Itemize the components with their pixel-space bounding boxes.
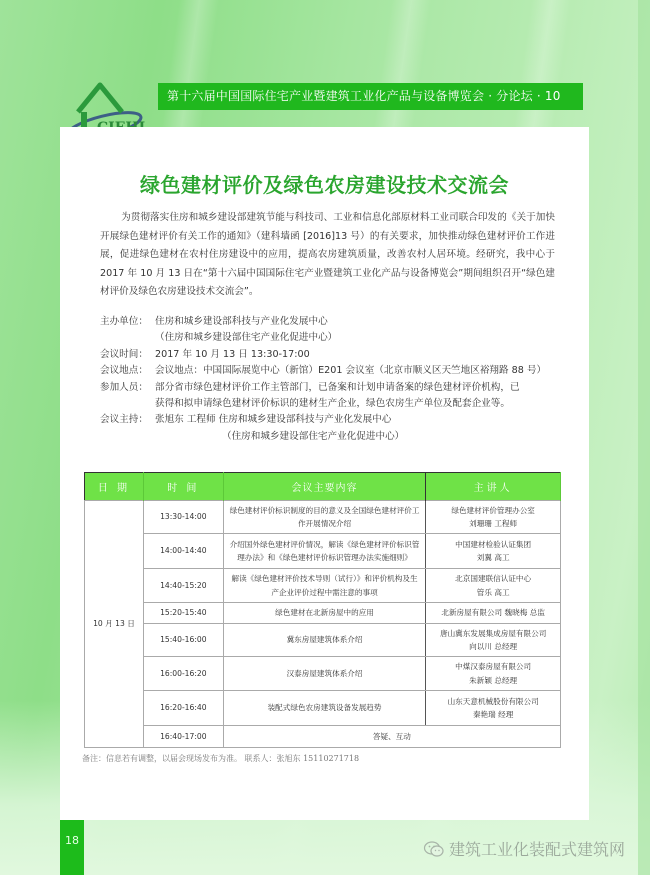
organizer-row: 主办单位： 住房和城乡建设部科技与产业化发展中心 [100, 314, 560, 330]
table-row: 15:20-15:40 绿色建材在北新房屋中的应用 北新房屋有限公司 魏晓梅 总… [85, 603, 561, 624]
table-row: 16:00-16:20 汉泰房屋建筑体系介绍 中煤汉泰房屋有限公司朱新颖 总经理 [85, 657, 561, 691]
date-cell: 10 月 13 日 [85, 501, 144, 748]
document-title: 绿色建材评价及绿色农房建设技术交流会 [60, 169, 589, 198]
page-edge [638, 0, 650, 875]
speaker-cell: 绿色建材评价管理办公室刘珊珊 工程师 [426, 501, 561, 534]
time-cell: 13:30-14:00 [143, 501, 223, 534]
page-number: 18 [60, 820, 84, 875]
conference-banner: 第十六届中国国际住宅产业暨建筑工业化产品与设备博览会 · 分论坛 · 10 [158, 83, 583, 110]
host-row: 会议主持： 张旭东 工程师 住房和城乡建设部科技与产业化发展中心 [100, 412, 560, 428]
column-header-time: 时 间 [143, 473, 223, 501]
host-alt-row: （住房和城乡建设部住宅产业化促进中心） [100, 429, 560, 445]
table-row: 15:40-16:00 冀东房屋建筑体系介绍 唐山冀东发展集成房屋有限公司向以川… [85, 624, 561, 657]
attendees-row: 参加人员： 部分省市绿色建材评价工作主管部门，已备案和计划申请备案的绿色建材评价… [100, 380, 560, 396]
content-cell: 解读《绿色建材评价技术导则（试行）》和评价机构及生产企业评价过程中需注意的事项 [223, 569, 426, 603]
intro-paragraph: 为贯彻落实住房和城乡建设部建筑节能与科技司、工业和信息化部原材料工业司联合印发的… [100, 209, 555, 302]
content-cell: 答疑、互动 [223, 726, 560, 748]
speaker-cell: 中煤汉泰房屋有限公司朱新颖 总经理 [426, 657, 561, 691]
schedule-table: 日 期 时 间 会议主要内容 主讲人 10 月 13 日 13:30-14:00… [84, 472, 561, 748]
content-cell: 绿色建材在北新房屋中的应用 [223, 603, 426, 624]
speaker-cell: 中国建材检验认证集团刘翼 高工 [426, 534, 561, 569]
meeting-info: 主办单位： 住房和城乡建设部科技与产业化发展中心 （住房和城乡建设部住宅产业化促… [100, 314, 560, 445]
time-cell: 16:00-16:20 [143, 657, 223, 691]
table-row: 16:20-16:40 装配式绿色农房建筑设备发展趋势 山东天意机械股份有限公司… [85, 691, 561, 726]
time-cell: 15:20-15:40 [143, 603, 223, 624]
time-cell: 14:00-14:40 [143, 534, 223, 569]
table-row: 14:00-14:40 介绍国外绿色建材评价情况，解读《绿色建材评价标识管理办法… [85, 534, 561, 569]
content-cell: 绿色建材评价标识制度的目的意义及全国绿色建材评价工作开展情况介绍 [223, 501, 426, 534]
time-cell: 16:20-16:40 [143, 691, 223, 726]
speaker-cell: 北京国建联信认证中心管乐 高工 [426, 569, 561, 603]
content-cell: 介绍国外绿色建材评价情况，解读《绿色建材评价标识管理办法》和《绿色建材评价标识管… [223, 534, 426, 569]
column-header-speaker: 主讲人 [426, 473, 561, 501]
content-cell: 汉泰房屋建筑体系介绍 [223, 657, 426, 691]
speaker-cell: 唐山冀东发展集成房屋有限公司向以川 总经理 [426, 624, 561, 657]
column-header-content: 会议主要内容 [223, 473, 426, 501]
speaker-cell: 北新房屋有限公司 魏晓梅 总监 [426, 603, 561, 624]
attendees-row-2: 获得和拟申请绿色建材评价标识的建材生产企业，绿色农房生产单位及配套企业等。 [100, 396, 560, 412]
organizer-alt-row: （住房和城乡建设部住宅产业化促进中心） [100, 330, 560, 346]
content-cell: 冀东房屋建筑体系介绍 [223, 624, 426, 657]
table-row: 14:40-15:20 解读《绿色建材评价技术导则（试行）》和评价机构及生产企业… [85, 569, 561, 603]
table-row: 16:40-17:00 答疑、互动 [85, 726, 561, 748]
watermark: 建筑工业化装配式建筑网 [423, 837, 625, 860]
footnote: 备注：信息若有调整，以届会现场发布为准。 联系人：张旭东 15110271718 [82, 753, 359, 764]
table-row: 10 月 13 日 13:30-14:00 绿色建材评价标识制度的目的意义及全国… [85, 501, 561, 534]
content-cell: 装配式绿色农房建筑设备发展趋势 [223, 691, 426, 726]
time-cell: 14:40-15:20 [143, 569, 223, 603]
document-panel: 绿色建材评价及绿色农房建设技术交流会 为贯彻落实住房和城乡建设部建筑节能与科技司… [60, 127, 589, 820]
time-row: 会议时间： 2017 年 10 月 13 日 13:30-17:00 [100, 347, 560, 363]
wechat-icon [423, 840, 445, 858]
time-cell: 16:40-17:00 [143, 726, 223, 748]
speaker-cell: 山东天意机械股份有限公司秦艳瑞 经理 [426, 691, 561, 726]
schedule-header-row: 日 期 时 间 会议主要内容 主讲人 [85, 473, 561, 501]
column-header-date: 日 期 [85, 473, 144, 501]
venue-row: 会议地点： 会议地点：中国国际展览中心（新馆）E201 会议室（北京市顺义区天竺… [100, 363, 560, 379]
time-cell: 15:40-16:00 [143, 624, 223, 657]
